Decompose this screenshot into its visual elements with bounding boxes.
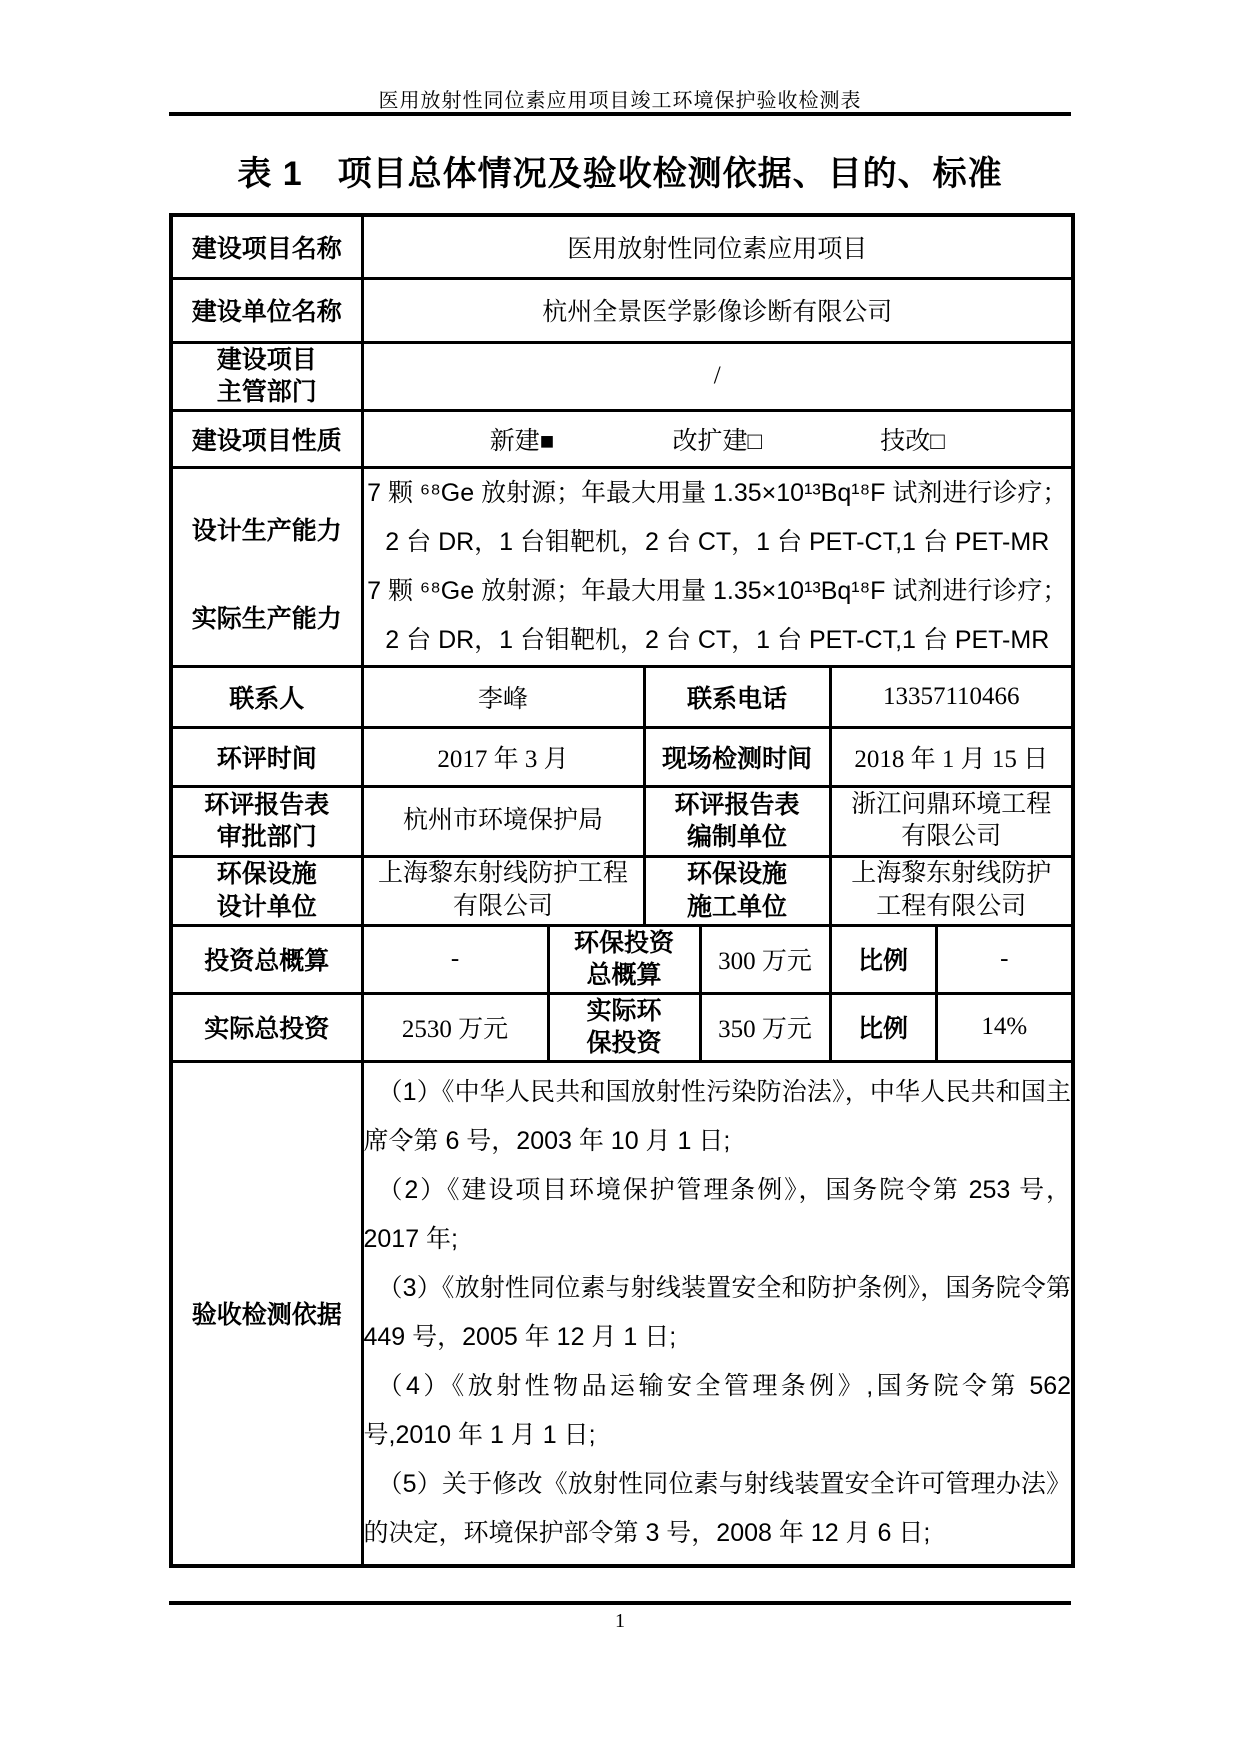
capacity-line: 7 颗 ⁶⁸Ge 放射源；年最大用量 1.35×10¹³Bq¹⁸F 试剂进行诊疗… xyxy=(364,567,1072,616)
design-capacity-label: 设计生产能力 xyxy=(173,511,361,547)
table-row: 建设项目性质 新建■ 改扩建□ 技改□ xyxy=(171,410,1073,467)
table-row: 环评报告表 审批部门 杭州市环境保护局 环评报告表 编制单位 浙江问鼎环境工程 … xyxy=(171,786,1073,856)
checkbox-checked-icon: ■ xyxy=(540,429,555,455)
eia-approve-value: 杭州市环境保护局 xyxy=(362,786,644,856)
basis-item: （5）关于修改《放射性同位素与射线装置安全许可管理办法》的决定，环境保护部令第 … xyxy=(364,1460,1072,1558)
project-nature-label: 建设项目性质 xyxy=(171,410,362,467)
actual-capacity-label: 实际生产能力 xyxy=(173,599,361,635)
actual-invest-label: 实际总投资 xyxy=(171,993,362,1061)
capacity-line: 7 颗 ⁶⁸Ge 放射源；年最大用量 1.35×10¹³Bq¹⁸F 试剂进行诊疗… xyxy=(364,469,1072,518)
site-test-time-value: 2018 年 1 月 15 日 xyxy=(830,727,1073,786)
basis-item: （1）《中华人民共和国放射性污染防治法》，中华人民共和国主席令第 6 号，200… xyxy=(364,1068,1072,1166)
ep-design-unit-value: 上海黎东射线防护工程 有限公司 xyxy=(362,856,644,925)
ep-construct-unit-value: 上海黎东射线防护 工程有限公司 xyxy=(830,856,1073,925)
build-unit-label: 建设单位名称 xyxy=(171,278,362,342)
contact-label: 联系人 xyxy=(171,666,362,727)
page-title: 表 1 项目总体情况及验收检测依据、目的、标准 xyxy=(169,146,1071,195)
contact-value: 李峰 xyxy=(362,666,644,727)
table-row: 建设单位名称 杭州全景医学影像诊断有限公司 xyxy=(171,278,1073,342)
table-row: 建设项目 主管部门 / xyxy=(171,342,1073,410)
option-expand-text: 改扩建 xyxy=(673,428,748,455)
basis-label: 验收检测依据 xyxy=(171,1061,362,1566)
actual-invest-ratio-value: 14% xyxy=(936,993,1073,1061)
phone-label: 联系电话 xyxy=(644,666,830,727)
project-nature-options: 新建■ 改扩建□ 技改□ xyxy=(362,410,1073,467)
footer-rule xyxy=(169,1601,1071,1605)
actual-invest-ratio-label: 比例 xyxy=(830,993,936,1061)
table-row: 设计生产能力 实际生产能力 7 颗 ⁶⁸Ge 放射源；年最大用量 1.35×10… xyxy=(171,467,1073,666)
document-header-title: 医用放射性同位素应用项目竣工环境保护验收检测表 xyxy=(169,84,1071,113)
budget-ratio-label: 比例 xyxy=(830,925,936,993)
phone-value: 13357110466 xyxy=(830,666,1073,727)
ep-design-unit-label: 环保设施 设计单位 xyxy=(171,856,362,925)
project-overview-table: 建设项目名称 医用放射性同位素应用项目 建设单位名称 杭州全景医学影像诊断有限公… xyxy=(169,213,1075,1568)
actual-ep-invest-label: 实际环 保投资 xyxy=(548,993,700,1061)
budget-value: - xyxy=(362,925,548,993)
eia-time-label: 环评时间 xyxy=(171,727,362,786)
basis-item: （3）《放射性同位素与射线装置安全和防护条例》，国务院令第 449 号，2005… xyxy=(364,1264,1072,1362)
capacity-labels-cell: 设计生产能力 实际生产能力 xyxy=(171,467,362,666)
capacity-line: 2 台 DR，1 台钼靶机，2 台 CT，1 台 PET-CT,1 台 PET-… xyxy=(364,616,1072,665)
basis-item: （4）《放射性物品运输安全管理条例》,国务院令第 562 号,2010 年 1 … xyxy=(364,1362,1072,1460)
table-row: 环评时间 2017 年 3 月 现场检测时间 2018 年 1 月 15 日 xyxy=(171,727,1073,786)
authority-value: / xyxy=(362,342,1073,410)
table-row: 实际总投资 2530 万元 实际环 保投资 350 万元 比例 14% xyxy=(171,993,1073,1061)
option-new-build: 新建■ xyxy=(490,421,555,457)
basis-item: （2）《建设项目环境保护管理条例》，国务院令第 253 号，2017 年; xyxy=(364,1166,1072,1264)
ep-budget-label: 环保投资 总概算 xyxy=(548,925,700,993)
eia-time-value: 2017 年 3 月 xyxy=(362,727,644,786)
option-retrofit: 技改□ xyxy=(880,421,945,457)
option-new-build-text: 新建 xyxy=(490,428,540,455)
table-row: 联系人 李峰 联系电话 13357110466 xyxy=(171,666,1073,727)
eia-compile-value: 浙江问鼎环境工程 有限公司 xyxy=(830,786,1073,856)
capacity-value-cell: 7 颗 ⁶⁸Ge 放射源；年最大用量 1.35×10¹³Bq¹⁸F 试剂进行诊疗… xyxy=(362,467,1073,666)
table-row: 建设项目名称 医用放射性同位素应用项目 xyxy=(171,215,1073,278)
project-name-label: 建设项目名称 xyxy=(171,215,362,278)
budget-ratio-value: - xyxy=(936,925,1073,993)
build-unit-value: 杭州全景医学影像诊断有限公司 xyxy=(362,278,1073,342)
capacity-line: 2 台 DR，1 台钼靶机，2 台 CT，1 台 PET-CT,1 台 PET-… xyxy=(364,518,1072,567)
table-row: 环保设施 设计单位 上海黎东射线防护工程 有限公司 环保设施 施工单位 上海黎东… xyxy=(171,856,1073,925)
checkbox-empty-icon: □ xyxy=(748,429,763,455)
authority-label: 建设项目 主管部门 xyxy=(171,342,362,410)
eia-compile-label: 环评报告表 编制单位 xyxy=(644,786,830,856)
basis-items-cell: （1）《中华人民共和国放射性污染防治法》，中华人民共和国主席令第 6 号，200… xyxy=(362,1061,1073,1566)
table-row: 投资总概算 - 环保投资 总概算 300 万元 比例 - xyxy=(171,925,1073,993)
header-rule xyxy=(169,112,1071,116)
actual-ep-invest-value: 350 万元 xyxy=(700,993,830,1061)
site-test-time-label: 现场检测时间 xyxy=(644,727,830,786)
ep-budget-value: 300 万元 xyxy=(700,925,830,993)
checkbox-empty-icon: □ xyxy=(930,429,945,455)
actual-invest-value: 2530 万元 xyxy=(362,993,548,1061)
page-number: 1 xyxy=(169,1610,1071,1633)
eia-approve-label: 环评报告表 审批部门 xyxy=(171,786,362,856)
table-row: 验收检测依据 （1）《中华人民共和国放射性污染防治法》，中华人民共和国主席令第 … xyxy=(171,1061,1073,1566)
budget-label: 投资总概算 xyxy=(171,925,362,993)
option-expand: 改扩建□ xyxy=(673,421,763,457)
option-retrofit-text: 技改 xyxy=(880,428,930,455)
ep-construct-unit-label: 环保设施 施工单位 xyxy=(644,856,830,925)
project-name-value: 医用放射性同位素应用项目 xyxy=(362,215,1073,278)
